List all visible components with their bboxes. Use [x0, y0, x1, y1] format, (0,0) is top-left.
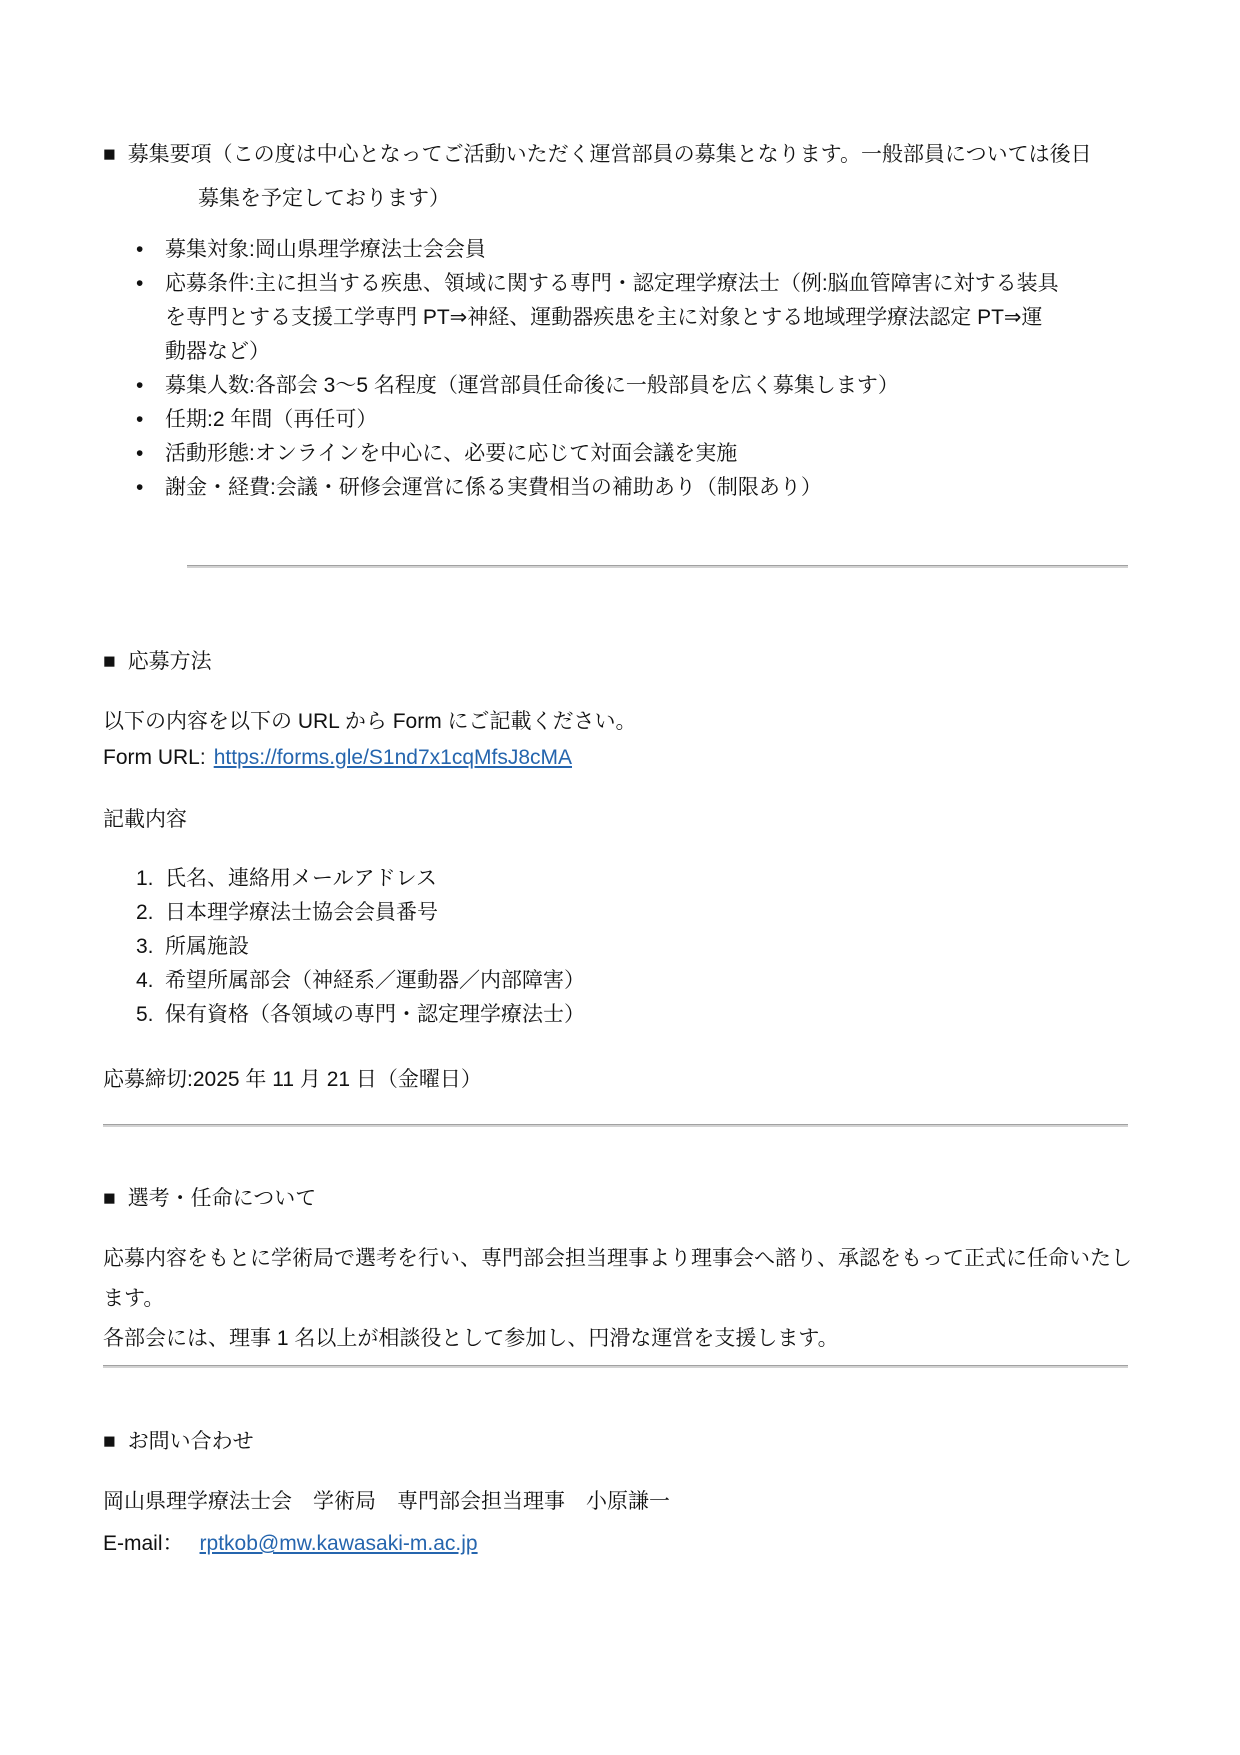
recruitment-heading-text: 募集要項（この度は中心となってご活動いただく運営部員の募集となります。一般部員に…: [128, 143, 1092, 210]
section-marker-icon: ■: [103, 1430, 116, 1453]
list-item: •活動形態:オンラインを中心に、必要に応じて対面会議を実施: [103, 437, 1140, 471]
selection-heading-text: 選考・任命について: [128, 1187, 317, 1210]
email-line: E-mail：rptkob@mw.kawasaki-m.ac.jp: [103, 1526, 1140, 1562]
email-label: E-mail：: [103, 1532, 184, 1555]
list-item: •応募条件:主に担当する疾患、領域に関する専門・認定理学療法士（例:脳血管障害に…: [103, 267, 1140, 369]
application-deadline: 応募締切:2025 年 11 月 21 日（金曜日）: [103, 1062, 1140, 1098]
selection-paragraph-1: 応募内容をもとに学術局で選考を行い、専門部会担当理事より理事会へ諮り、承認をもっ…: [103, 1239, 1140, 1319]
list-item-text: 任期:2 年間（再任可）: [165, 408, 377, 431]
list-item: •謝金・経費:会議・研修会運営に係る実費相当の補助あり（制限あり）: [103, 471, 1140, 505]
bullet-icon: •: [136, 403, 143, 437]
list-item: •募集対象:岡山県理学療法士会会員: [103, 233, 1140, 267]
list-item-text: 希望所属部会（神経系／運動器／内部障害）: [165, 969, 585, 992]
selection-paragraph-2: 各部会には、理事 1 名以上が相談役として参加し、円滑な運営を支援します。: [103, 1319, 1140, 1359]
list-item-text: 保有資格（各領域の専門・認定理学療法士）: [165, 1003, 585, 1026]
document-page: ■募集要項（この度は中心となってご活動いただく運営部員の募集となります。一般部員…: [0, 0, 1240, 1755]
list-number: 2.: [136, 896, 154, 930]
form-url-label: Form URL:: [103, 746, 206, 769]
list-number: 1.: [136, 862, 154, 896]
list-item: •募集人数:各部会 3～5 名程度（運営部員任命後に一般部員を広く募集します）: [103, 369, 1140, 403]
bullet-icon: •: [136, 233, 143, 267]
list-item: 3.所属施設: [103, 930, 1140, 964]
form-url-line: Form URL:https://forms.gle/S1nd7x1cqMfsJ…: [103, 740, 1140, 776]
list-item-text: 氏名、連絡用メールアドレス: [165, 867, 437, 890]
section-marker-icon: ■: [103, 143, 116, 166]
section-heading-contact: ■お問い合わせ: [103, 1420, 1140, 1464]
details-heading: 記載内容: [103, 802, 1140, 838]
section-divider: [103, 1365, 1128, 1368]
application-intro: 以下の内容を以下の URL から Form にご記載ください。: [103, 704, 1140, 740]
bullet-icon: •: [136, 267, 143, 301]
section-marker-icon: ■: [103, 1187, 116, 1210]
list-number: 4.: [136, 964, 154, 998]
list-item: •任期:2 年間（再任可）: [103, 403, 1140, 437]
list-item-text: 募集対象:岡山県理学療法士会会員: [165, 238, 486, 261]
application-numbered-list: 1.氏名、連絡用メールアドレス 2.日本理学療法士協会会員番号 3.所属施設 4…: [103, 862, 1140, 1032]
list-item: 4.希望所属部会（神経系／運動器／内部障害）: [103, 964, 1140, 998]
section-heading-application: ■応募方法: [103, 640, 1140, 684]
list-item-text: 活動形態:オンラインを中心に、必要に応じて対面会議を実施: [165, 442, 737, 465]
list-item: 5.保有資格（各領域の専門・認定理学療法士）: [103, 998, 1140, 1032]
bullet-icon: •: [136, 437, 143, 471]
list-number: 5.: [136, 998, 154, 1032]
section-divider: [187, 565, 1128, 568]
contact-heading-text: お問い合わせ: [128, 1430, 254, 1453]
list-item-text: 所属施設: [165, 935, 249, 958]
contact-person: 岡山県理学療法士会 学術局 専門部会担当理事 小原謙一: [103, 1484, 1140, 1520]
list-number: 3.: [136, 930, 154, 964]
list-item-text: 謝金・経費:会議・研修会運営に係る実費相当の補助あり（制限あり）: [165, 476, 822, 499]
recruitment-bullet-list: •募集対象:岡山県理学療法士会会員 •応募条件:主に担当する疾患、領域に関する専…: [103, 233, 1140, 505]
list-item-text: 日本理学療法士協会会員番号: [165, 901, 438, 924]
list-item-text: 応募条件:主に担当する疾患、領域に関する専門・認定理学療法士（例:脳血管障害に対…: [165, 272, 1059, 363]
section-heading-selection: ■選考・任命について: [103, 1177, 1140, 1221]
section-heading-recruitment: ■募集要項（この度は中心となってご活動いただく運営部員の募集となります。一般部員…: [103, 133, 1093, 221]
bullet-icon: •: [136, 369, 143, 403]
list-item: 1.氏名、連絡用メールアドレス: [103, 862, 1140, 896]
bullet-icon: •: [136, 471, 143, 505]
email-link[interactable]: rptkob@mw.kawasaki-m.ac.jp: [200, 1532, 478, 1555]
section-divider: [103, 1124, 1128, 1127]
application-heading-text: 応募方法: [128, 650, 212, 673]
section-marker-icon: ■: [103, 650, 116, 673]
list-item: 2.日本理学療法士協会会員番号: [103, 896, 1140, 930]
form-url-link[interactable]: https://forms.gle/S1nd7x1cqMfsJ8cMA: [214, 746, 572, 769]
list-item-text: 募集人数:各部会 3～5 名程度（運営部員任命後に一般部員を広く募集します）: [165, 374, 899, 397]
